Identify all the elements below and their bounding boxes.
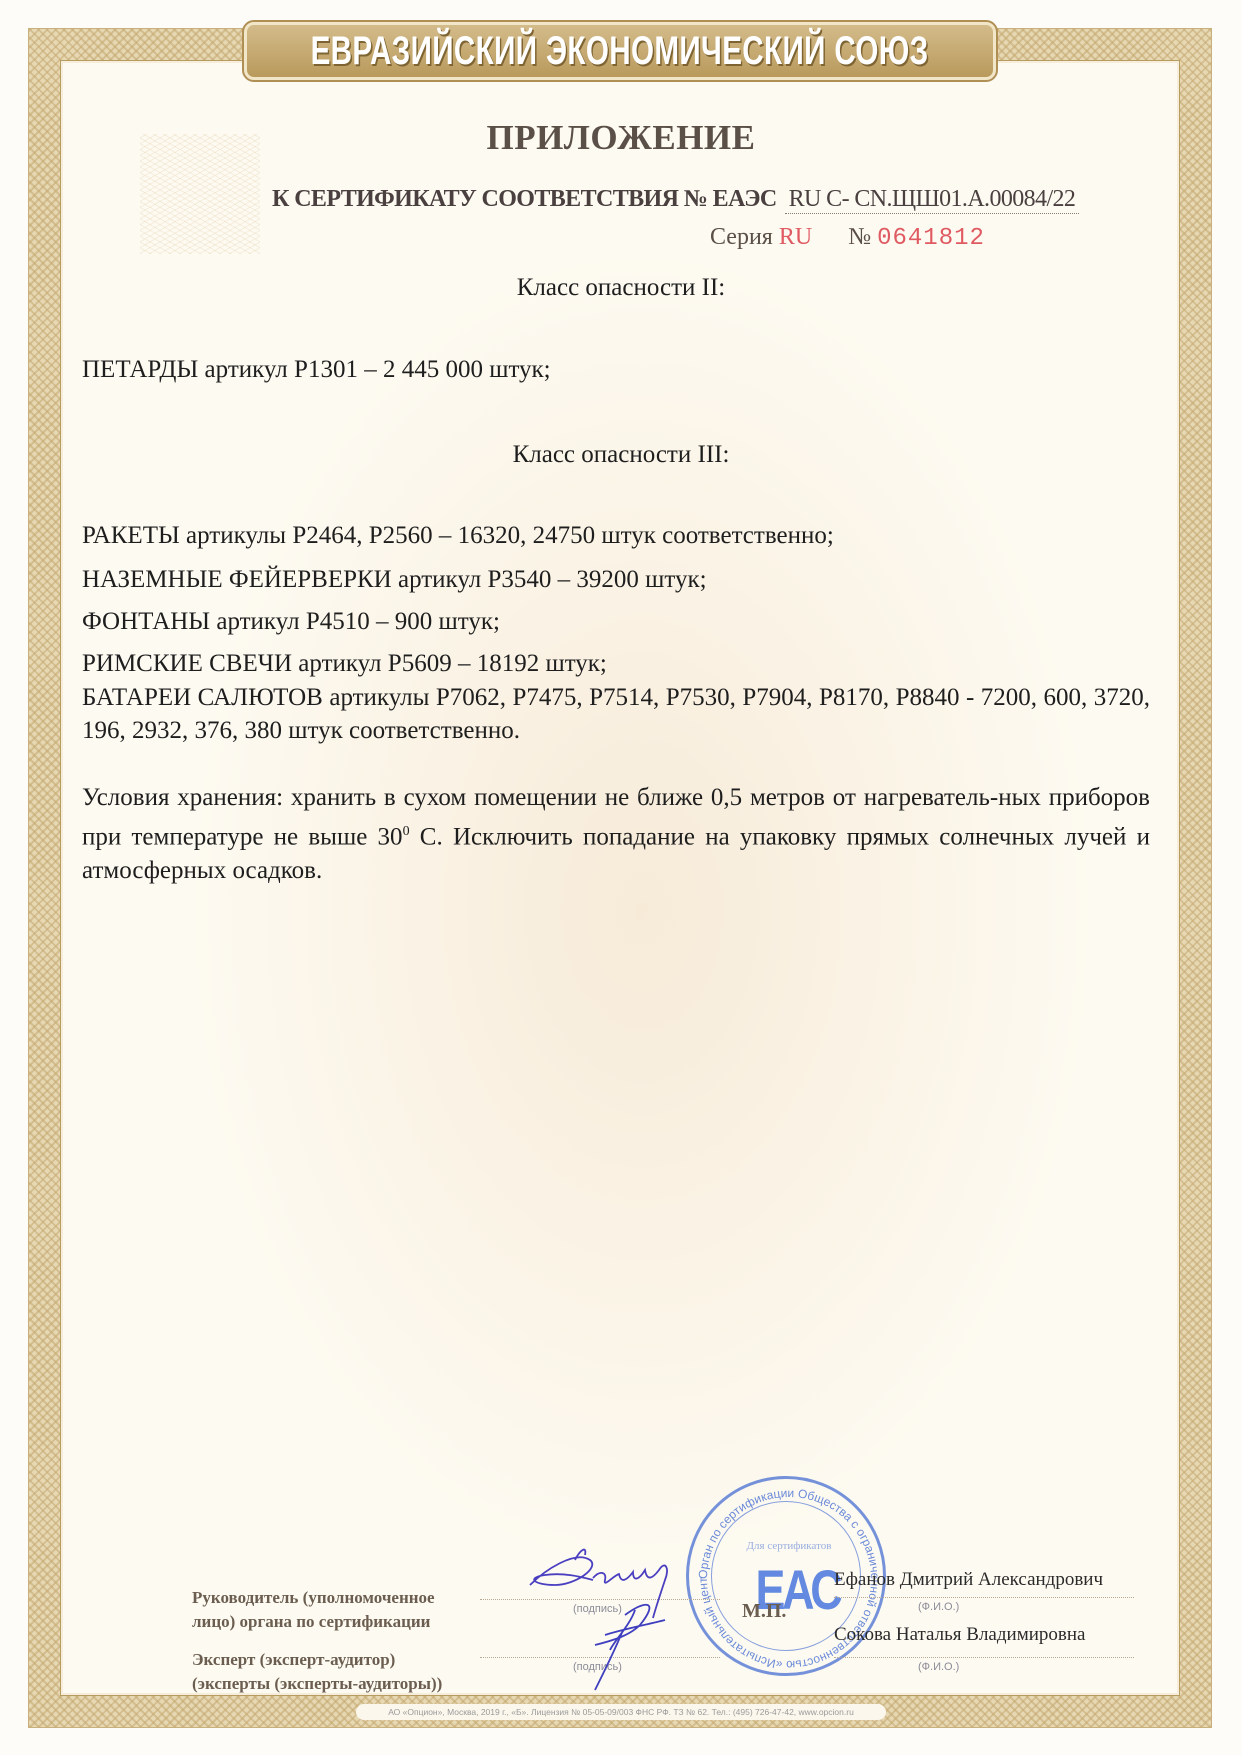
head-name-line [834, 1597, 1134, 1598]
svg-text:Для сертификатов: Для сертификатов [747, 1540, 832, 1552]
series-label: Серия [710, 224, 773, 250]
certificate-reference: К СЕРТИФИКАТУ СООТВЕТСТВИЯ № ЕАЭСRU C- C… [272, 186, 1079, 214]
series-value: RU [779, 224, 812, 250]
expert-label: Эксперт (эксперт-аудитор) (эксперты (экс… [192, 1648, 442, 1696]
product-item: ФОНТАНЫ артикул P4510 – 900 штук; [82, 608, 500, 636]
product-item: БАТАРЕИ САЛЮТОВ артикулы P7062, P7475, P… [82, 681, 1150, 747]
seal-label: М.П. [742, 1600, 786, 1623]
fio-caption: (Ф.И.О.) [918, 1601, 959, 1613]
hazard-class-heading: Класс опасности III: [0, 441, 1242, 469]
product-item: НАЗЕМНЫЕ ФЕЙЕРВЕРКИ артикул P3540 – 3920… [82, 566, 707, 594]
head-label-line1: Руководитель (уполномоченное [192, 1586, 435, 1610]
printer-imprint: АО «Опцион», Москва, 2019 г., «Б». Лицен… [356, 1704, 886, 1720]
product-details: артикул P3540 – 39200 штук; [398, 566, 707, 593]
product-name: РИМСКИЕ СВЕЧИ [82, 650, 292, 677]
certificate-number: RU C- CN.ЩШ01.А.00084/22 [785, 186, 1080, 214]
product-details: артикул P5609 – 18192 штук; [298, 650, 607, 677]
page-title: ПРИЛОЖЕНИЕ [0, 118, 1242, 158]
product-details: артикулы P2464, P2560 – 16320, 24750 шту… [186, 522, 834, 549]
product-name: ПЕТАРДЫ [82, 356, 198, 383]
head-label: Руководитель (уполномоченное лицо) орган… [192, 1586, 435, 1634]
series-line: Серия RU № 0641812 [710, 224, 985, 252]
fio-caption: (Ф.И.О.) [918, 1661, 959, 1673]
product-name: БАТАРЕИ САЛЮТОВ [82, 684, 323, 711]
union-banner: ЕВРАЗИЙСКИЙ ЭКОНОМИЧЕСКИЙ СОЮЗ [244, 22, 996, 80]
expert-label-line2: (эксперты (эксперты-аудиторы)) [192, 1672, 442, 1696]
hazard-class-heading: Класс опасности II: [0, 274, 1242, 302]
serial-number: 0641812 [877, 225, 985, 252]
handwritten-signature [515, 1540, 705, 1695]
degree-superscript: 0 [403, 824, 410, 839]
product-details: артикул P4510 – 900 штук; [216, 608, 500, 635]
product-name: РАКЕТЫ [82, 522, 180, 549]
certificate-label: К СЕРТИФИКАТУ СООТВЕТСТВИЯ № ЕАЭС [272, 186, 777, 212]
head-name: Ефанов Дмитрий Александрович [834, 1569, 1103, 1591]
expert-name: Сокова Наталья Владимировна [834, 1624, 1085, 1646]
product-item: ПЕТАРДЫ артикул P1301 – 2 445 000 штук; [82, 356, 551, 384]
product-name: НАЗЕМНЫЕ ФЕЙЕРВЕРКИ [82, 566, 392, 593]
head-label-line2: лицо) органа по сертификации [192, 1610, 435, 1634]
expert-label-line1: Эксперт (эксперт-аудитор) [192, 1648, 442, 1672]
product-item: РИМСКИЕ СВЕЧИ артикул P5609 – 18192 штук… [82, 650, 607, 678]
expert-name-line [834, 1657, 1134, 1658]
product-name: ФОНТАНЫ [82, 608, 210, 635]
product-item: РАКЕТЫ артикулы P2464, P2560 – 16320, 24… [82, 522, 834, 550]
storage-conditions: Условия хранения: хранить в сухом помеще… [82, 781, 1150, 888]
product-details: артикул P1301 – 2 445 000 штук; [205, 356, 551, 383]
union-banner-text: ЕВРАЗИЙСКИЙ ЭКОНОМИЧЕСКИЙ СОЮЗ [311, 29, 929, 74]
number-label: № [848, 224, 871, 250]
